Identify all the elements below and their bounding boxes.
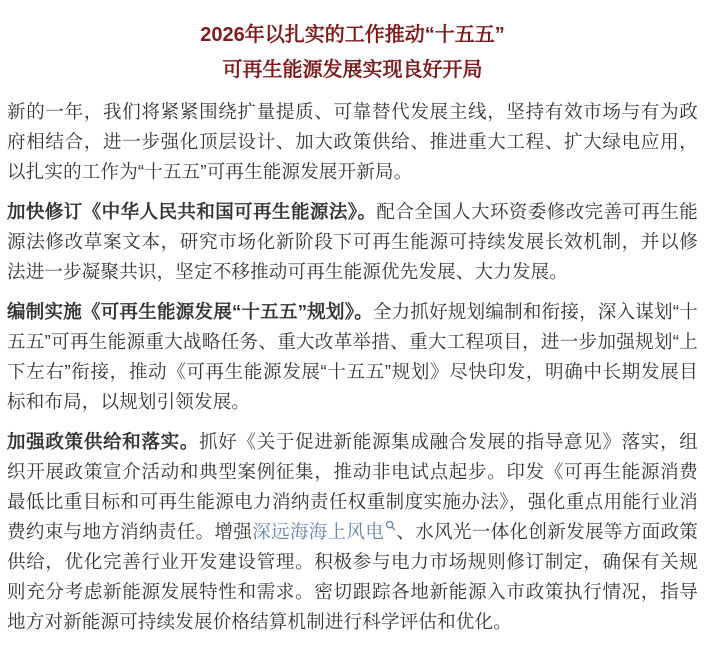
paragraph-revise-law: 加快修订《中华人民共和国可再生能源法》。配合全国人大环资委修改完善可再生能源法修… [7,197,698,287]
paragraph-intro: 新的一年，我们将紧紧围绕扩量提质、可靠替代发展主线，坚持有效市场与有为政府相结合… [7,97,698,187]
article-title-line2: 可再生能源发展实现良好开局 [7,55,698,85]
article-title-line1: 2026年以扎实的工作推动“十五五” [7,20,698,50]
paragraph-plan-lead: 编制实施《可再生能源发展“十五五”规划》。 [7,301,373,322]
article-page: 2026年以扎实的工作推动“十五五” 可再生能源发展实现良好开局 新的一年，我们… [0,0,705,649]
paragraph-policy: 加强政策供给和落实。抓好《关于促进新能源集成融合发展的指导意见》落实，组织开展政… [7,427,698,637]
offshore-wind-link-label[interactable]: 深远海海上风电 [252,521,384,542]
search-icon[interactable] [385,520,396,531]
paragraph-intro-text: 新的一年，我们将紧紧围绕扩量提质、可靠替代发展主线，坚持有效市场与有为政府相结合… [7,101,698,182]
paragraph-revise-law-lead: 加快修订《中华人民共和国可再生能源法》。 [7,201,376,222]
offshore-wind-keyword-link[interactable]: 深远海海上风电 [252,521,396,542]
paragraph-plan: 编制实施《可再生能源发展“十五五”规划》。全力抓好规划编制和衔接，深入谋划“十五… [7,297,698,417]
paragraph-policy-lead: 加强政策供给和落实。 [7,431,199,452]
